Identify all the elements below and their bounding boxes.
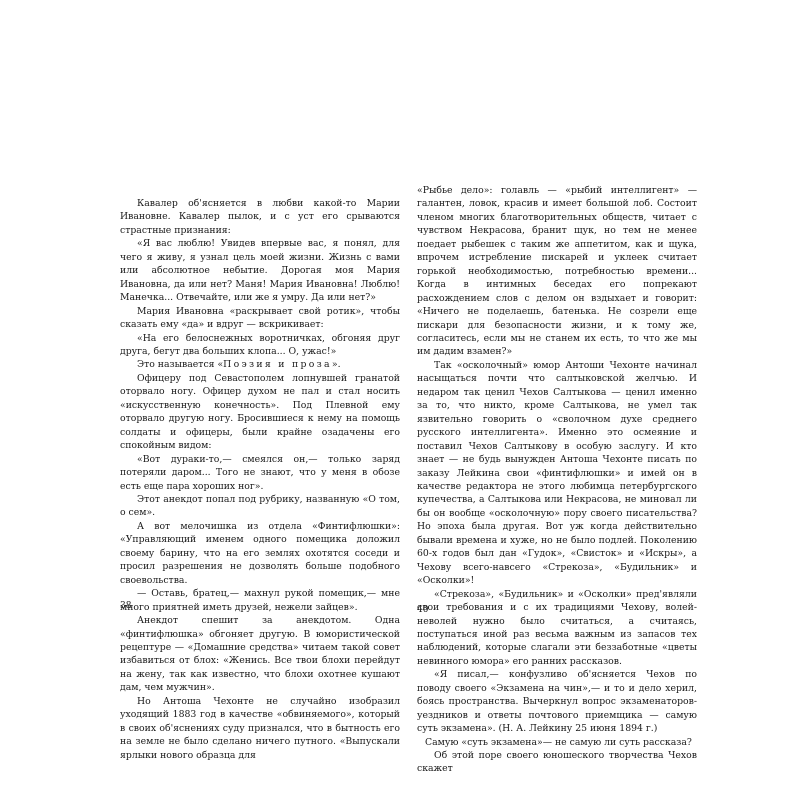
- paragraph: «Вот дураки-то,— смеялся он,— только зар…: [120, 453, 400, 493]
- paragraph: «Стрекоза», «Будильник» и «Осколки» пред…: [417, 588, 697, 669]
- paragraph: «Я вас люблю! Увидев впервые вас, я поня…: [120, 237, 400, 304]
- paragraph: «На его белоснежных воротничках, обгоняя…: [120, 332, 400, 359]
- paragraph: Самую «суть экзамена»— не самую ли суть …: [417, 736, 697, 749]
- paragraph: — Оставь, братец,— махнул рукой помещик,…: [120, 587, 400, 614]
- page-number: 40: [417, 604, 428, 617]
- paragraph: «Я писал,— конфузливо об'ясняется Чехов …: [417, 668, 697, 735]
- poetry-prefix: Это называется «: [137, 359, 223, 370]
- right-page-text: «Рыбье дело»: голавль — «рыбий интеллиге…: [417, 184, 697, 776]
- left-page-text: Кавалер об'ясняется в любви какой-то Мар…: [120, 197, 400, 762]
- paragraph: А вот мелочишка из отдела «Финтифлюшки»:…: [120, 520, 400, 587]
- page-number: 38: [120, 600, 131, 613]
- paragraph: Так «осколочный» юмор Антоши Чехонте нач…: [417, 359, 697, 588]
- paragraph: Об этой поре своего юношеского творчеств…: [417, 749, 697, 776]
- paragraph: Анекдот спешит за анекдотом. Одна «финти…: [120, 614, 400, 695]
- paragraph: Офицеру под Севастополем лопнувшей грана…: [120, 372, 400, 453]
- poetry-suffix: ».: [332, 359, 341, 370]
- paragraph: Но Антоша Чехонте не случайно изобразил …: [120, 695, 400, 762]
- paragraph: Мария Ивановна «раскрывает свой ротик», …: [120, 305, 400, 332]
- paragraph: Кавалер об'ясняется в любви какой-то Мар…: [120, 197, 400, 237]
- poetry-title: Поэзия и проза: [223, 359, 332, 370]
- paragraph: «Рыбье дело»: голавль — «рыбий интеллиге…: [417, 184, 697, 359]
- poetry-prose-line: Это называется «Поэзия и проза».: [120, 358, 400, 371]
- paragraph: Этот анекдот попал под рубрику, названну…: [120, 493, 400, 520]
